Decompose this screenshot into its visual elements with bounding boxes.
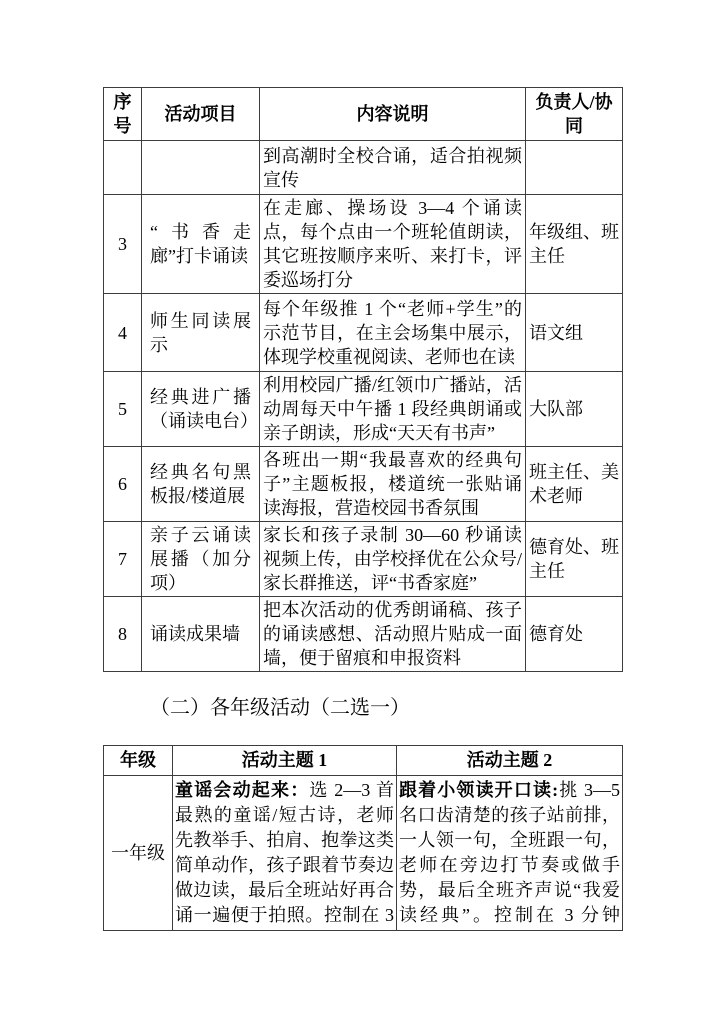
table-row: 7 亲子云诵读展播（加分项） 家长和孩子录制 30—60 秒诵读视频上传，由学校… <box>104 522 623 597</box>
table-row: 4 师生同读展示 每个年级推 1 个“老师+学生”的示范节目，在主会场集中展示，… <box>104 294 623 372</box>
project-cell: 经典进广播（诵读电台） <box>142 372 260 447</box>
desc-cell: 利用校园广播/红领巾广播站，活动周每天中午播 1 段经典朗诵或亲子朗读，形成“天… <box>260 372 526 447</box>
desc-cell: 每个年级推 1 个“老师+学生”的示范节目，在主会场集中展示，体现学校重视阅读、… <box>260 294 526 372</box>
activity-table: 序号 活动项目 内容说明 负责人/协同 到高潮时全校合诵，适合拍视频宣传 3 “… <box>103 87 623 672</box>
theme2-text: 跟着小领读开口读:挑 3—5 名口齿清楚的孩子站前排，一人领一句，全班跟一句，老… <box>399 778 620 930</box>
table-row: 8 诵读成果墙 把本次活动的优秀朗诵稿、孩子的诵读感想、活动照片贴成一面墙，便于… <box>104 597 623 672</box>
project-cell <box>142 141 260 195</box>
col-header-owner: 负责人/协同 <box>526 88 623 141</box>
seq-cell: 3 <box>104 195 142 294</box>
col-header-theme2: 活动主题 2 <box>397 746 623 776</box>
table-row: 5 经典进广播（诵读电台） 利用校园广播/红领巾广播站，活动周每天中午播 1 段… <box>104 372 623 447</box>
table-row: 一年级 童谣会动起来：选 2—3 首最熟的童谣/短古诗，老师先教举手、拍肩、抱拳… <box>104 776 623 931</box>
owner-cell: 年级组、班主任 <box>526 195 623 294</box>
col-header-desc: 内容说明 <box>260 88 526 141</box>
owner-cell <box>526 141 623 195</box>
table-row: 6 经典名句黑板报/楼道展 各班出一期“我最喜欢的经典句子”主题板报，楼道统一张… <box>104 447 623 522</box>
theme2-title: 跟着小领读开口读: <box>399 780 558 800</box>
col-header-project: 活动项目 <box>142 88 260 141</box>
activity-table-header-row: 序号 活动项目 内容说明 负责人/协同 <box>104 88 623 141</box>
theme1-cell: 童谣会动起来：选 2—3 首最熟的童谣/短古诗，老师先教举手、拍肩、抱拳这类简单… <box>173 776 397 931</box>
owner-cell: 大队部 <box>526 372 623 447</box>
grade-table-header-row: 年级 活动主题 1 活动主题 2 <box>104 746 623 776</box>
table-row: 3 “书香走廊”打卡诵读 在走廊、操场设 3—4 个诵读点，每个点由一个班轮值朗… <box>104 195 623 294</box>
theme2-body: 挑 3—5 名口齿清楚的孩子站前排，一人领一句，全班跟一句，老师在旁边打节奏或做… <box>399 780 620 930</box>
project-cell: “书香走廊”打卡诵读 <box>142 195 260 294</box>
seq-cell: 4 <box>104 294 142 372</box>
desc-cell: 把本次活动的优秀朗诵稿、孩子的诵读感想、活动照片贴成一面墙，便于留痕和申报资料 <box>260 597 526 672</box>
table-row: 到高潮时全校合诵，适合拍视频宣传 <box>104 141 623 195</box>
document-page: 序号 活动项目 内容说明 负责人/协同 到高潮时全校合诵，适合拍视频宣传 3 “… <box>0 0 724 1024</box>
theme1-text: 童谣会动起来：选 2—3 首最熟的童谣/短古诗，老师先教举手、拍肩、抱拳这类简单… <box>175 778 394 930</box>
theme2-cell: 跟着小领读开口读:挑 3—5 名口齿清楚的孩子站前排，一人领一句，全班跟一句，老… <box>397 776 623 931</box>
desc-cell: 到高潮时全校合诵，适合拍视频宣传 <box>260 141 526 195</box>
project-cell: 经典名句黑板报/楼道展 <box>142 447 260 522</box>
owner-cell: 班主任、美术老师 <box>526 447 623 522</box>
seq-cell: 8 <box>104 597 142 672</box>
owner-cell: 德育处 <box>526 597 623 672</box>
seq-cell <box>104 141 142 195</box>
seq-cell: 5 <box>104 372 142 447</box>
section-heading: （二）各年级活动（二选一） <box>150 695 410 721</box>
owner-cell: 德育处、班主任 <box>526 522 623 597</box>
project-cell: 亲子云诵读展播（加分项） <box>142 522 260 597</box>
desc-cell: 各班出一期“我最喜欢的经典句子”主题板报，楼道统一张贴诵读海报，营造校园书香氛围 <box>260 447 526 522</box>
col-header-theme1: 活动主题 1 <box>173 746 397 776</box>
grade-cell: 一年级 <box>104 776 173 931</box>
desc-cell: 在走廊、操场设 3—4 个诵读点，每个点由一个班轮值朗读，其它班按顺序来听、来打… <box>260 195 526 294</box>
seq-cell: 6 <box>104 447 142 522</box>
seq-cell: 7 <box>104 522 142 597</box>
owner-cell: 语文组 <box>526 294 623 372</box>
col-header-seq: 序号 <box>104 88 142 141</box>
project-cell: 诵读成果墙 <box>142 597 260 672</box>
col-header-grade: 年级 <box>104 746 173 776</box>
grade-activity-table: 年级 活动主题 1 活动主题 2 一年级 童谣会动起来：选 2—3 首最熟的童谣… <box>103 745 623 931</box>
project-cell: 师生同读展示 <box>142 294 260 372</box>
desc-cell: 家长和孩子录制 30—60 秒诵读视频上传，由学校择优在公众号/家长群推送，评“… <box>260 522 526 597</box>
theme1-body: 选 2—3 首最熟的童谣/短古诗，老师先教举手、拍肩、抱拳这类简单动作，孩子跟着… <box>175 780 394 930</box>
theme1-title: 童谣会动起来： <box>175 780 309 800</box>
